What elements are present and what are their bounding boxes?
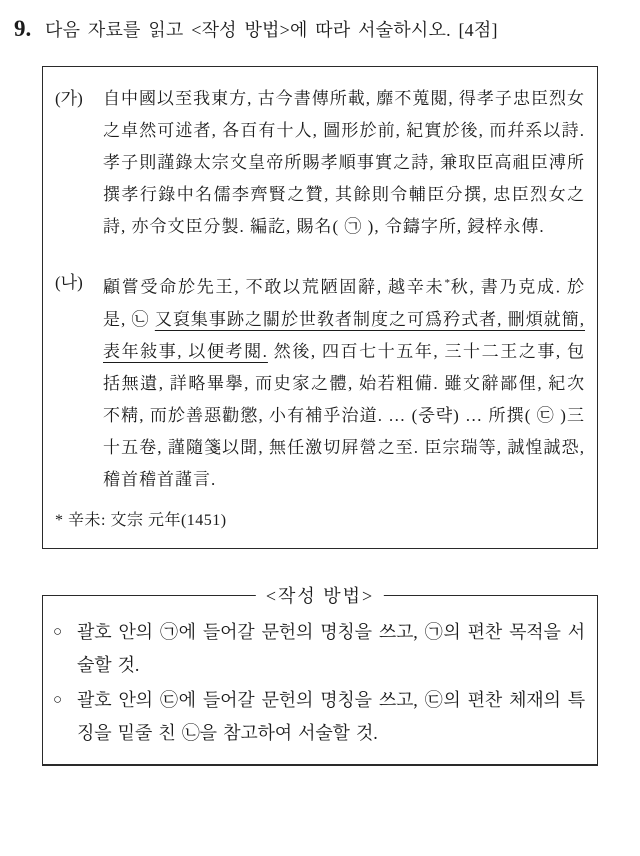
passage-ga: (가) 自中國以至我東方, 古今書傳所載, 靡不蒐閱, 得孝子忠臣烈女之卓然可述…: [55, 83, 585, 243]
bullet-circle-marker: ○: [53, 684, 77, 750]
method-bullet-2: ○ 괄호 안의 ㉢에 들어갈 문헌의 명칭을 쓰고, ㉢의 편찬 체재의 특징을…: [53, 684, 585, 750]
exam-page: 9. 다음 자료를 읽고 <작성 방법>에 따라 서술하시오. [4점] (가)…: [0, 0, 640, 856]
na-segment-3: 然後, 四百七十五年, 三十二王之事, 包括無遺, 詳略畢擧, 而史家之體, 始…: [103, 342, 585, 489]
passage-na-label: (나): [55, 267, 103, 496]
na-segment-1: 顧嘗受命於先王, 不敢以荒陋固辭, 越辛未: [103, 278, 444, 297]
method-bullet-1-text: 괄호 안의 ㉠에 들어갈 문헌의 명칭을 쓰고, ㉠의 편찬 목적을 서술할 것…: [77, 616, 585, 682]
passage-na: (나) 顧嘗受命於先王, 不敢以荒陋固辭, 越辛未*秋, 書乃克成. 於是, ㉡…: [55, 267, 585, 496]
method-box: <작성 방법> ○ 괄호 안의 ㉠에 들어갈 문헌의 명칭을 쓰고, ㉠의 편찬…: [42, 595, 598, 766]
bullet-circle-marker: ○: [53, 616, 77, 682]
passage-box: (가) 自中國以至我東方, 古今書傳所載, 靡不蒐閱, 得孝子忠臣烈女之卓然可述…: [42, 66, 598, 549]
question-prompt: 다음 자료를 읽고 <작성 방법>에 따라 서술하시오. [4점]: [45, 16, 498, 42]
passage-ga-text: 自中國以至我東方, 古今書傳所載, 靡不蒐閱, 得孝子忠臣烈女之卓然可述者, 各…: [103, 83, 585, 243]
method-bullet-1: ○ 괄호 안의 ㉠에 들어갈 문헌의 명칭을 쓰고, ㉠의 편찬 목적을 서술할…: [53, 616, 585, 682]
passage-na-text: 顧嘗受命於先王, 不敢以荒陋固辭, 越辛未*秋, 書乃克成. 於是, ㉡ 又裒集…: [103, 267, 585, 496]
question-number: 9.: [14, 16, 45, 42]
method-bullet-2-text: 괄호 안의 ㉢에 들어갈 문헌의 명칭을 쓰고, ㉢의 편찬 체재의 특징을 밑…: [77, 684, 585, 750]
question-header: 9. 다음 자료를 읽고 <작성 방법>에 따라 서술하시오. [4점]: [14, 16, 626, 42]
passage-ga-label: (가): [55, 83, 103, 243]
passage-footnote: * 辛未: 文宗 元年(1451): [55, 508, 585, 534]
method-box-title: <작성 방법>: [256, 582, 384, 608]
